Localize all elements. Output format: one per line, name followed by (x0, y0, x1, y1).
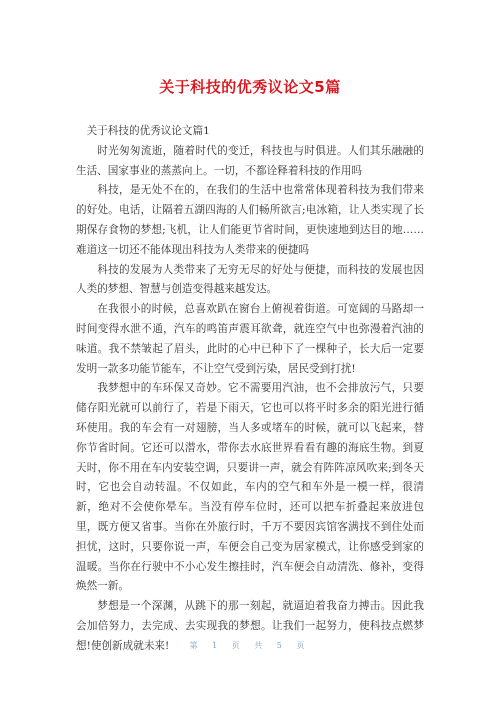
paragraph: 科技的发展为人类带来了无穷无尽的好处与便捷，而科技的发展也因人类的梦想、智慧与创… (76, 261, 424, 301)
paragraph: 我梦想中的车环保又奇妙。它不需要用汽油，也不会排放污气，只要储存阳光就可以前行了… (76, 379, 424, 597)
essay-heading: 关于科技的优秀议论文篇1 (76, 122, 424, 142)
document-title: 关于科技的优秀议论文5篇 (0, 76, 500, 97)
document-body: 关于科技的优秀议论文篇1 时光匆匆流逝，随着时代的变迁，科技也与时俱进。人们其乐… (76, 122, 424, 657)
paragraph: 时光匆匆流逝，随着时代的变迁，科技也与时俱进。人们其乐融融的生活、国家事业的蒸蒸… (76, 142, 424, 182)
paragraph: 科技，是无处不在的，在我们的生活中也常常体现着科技为我们带来的好处。电话，让隔着… (76, 181, 424, 260)
paragraph: 在我很小的时候，总喜欢趴在窗台上俯视着街道。可宽阔的马路却一时间变得水泄不通，汽… (76, 300, 424, 379)
page-footer: 第 1 页 共 5 页 (0, 640, 500, 651)
